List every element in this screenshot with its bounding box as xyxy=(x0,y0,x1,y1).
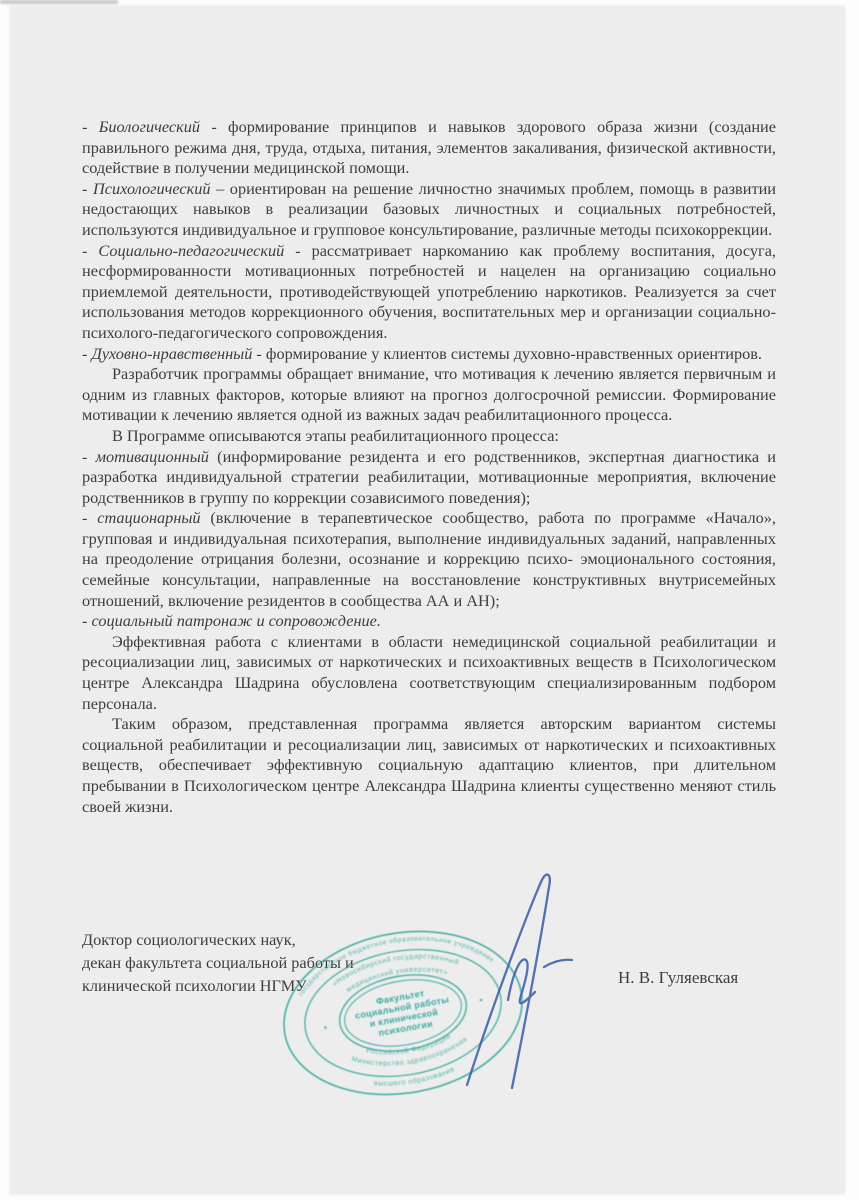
paragraph: - социальный патронаж и сопровождение. xyxy=(82,611,776,632)
paragraph: Эффективная работа с клиентами в области… xyxy=(82,632,776,714)
paragraph: Таким образом, представленная программа … xyxy=(82,714,776,817)
italic-term: Духовно-нравственный xyxy=(92,344,253,363)
bullet-dash: - xyxy=(82,344,92,363)
signature-stroke-main xyxy=(467,875,550,1088)
paragraph-text: - формирование у клиентов системы духовн… xyxy=(252,344,762,363)
italic-term: Психологический xyxy=(93,179,211,198)
paragraph: - Биологический - формирование принципов… xyxy=(82,117,776,179)
paragraph: - мотивационный (информирование резидент… xyxy=(82,447,776,509)
italic-term: Биологический xyxy=(99,117,200,136)
handwritten-signature xyxy=(445,856,585,1096)
paragraph: - Духовно-нравственный - формирование у … xyxy=(82,344,776,365)
signatory-name: Н. В. Гуляевская xyxy=(618,968,738,988)
scanned-document: { "colors":{ "paper":"#ecedec", "ink":"#… xyxy=(0,0,859,1200)
bullet-dash: - xyxy=(82,508,97,527)
scan-edge-artifact xyxy=(0,0,118,4)
stamp-ministry-line2: Российской Федерации xyxy=(365,1033,454,1062)
paragraph: - стационарный (включение в терапевтичес… xyxy=(82,508,776,611)
document-body: - Биологический - формирование принципов… xyxy=(82,117,776,817)
stamp-side-mark-left: ✦ xyxy=(322,1024,328,1032)
signature-stroke-loop xyxy=(508,959,535,1003)
paragraph: В Программе описываются этапы реабилитац… xyxy=(82,426,776,447)
signature-stroke-dash xyxy=(544,960,572,967)
italic-term: социальный патронаж и сопровождение. xyxy=(92,611,381,630)
paragraph: - Социально-педагогический - рассматрива… xyxy=(82,241,776,344)
bullet-dash: - xyxy=(82,117,99,136)
italic-term: Социально-педагогический xyxy=(98,241,284,260)
italic-term: стационарный xyxy=(97,508,200,527)
bullet-dash: - xyxy=(82,447,96,466)
bullet-dash: - xyxy=(82,241,98,260)
bullet-dash: - xyxy=(82,179,93,198)
paragraph: Разработчик программы обращает внимание,… xyxy=(82,364,776,426)
document-page: - Биологический - формирование принципов… xyxy=(10,6,845,1194)
paragraph: - Психологический – ориентирован на реше… xyxy=(82,179,776,241)
italic-term: мотивационный xyxy=(96,447,209,466)
bullet-dash: - xyxy=(82,611,92,630)
